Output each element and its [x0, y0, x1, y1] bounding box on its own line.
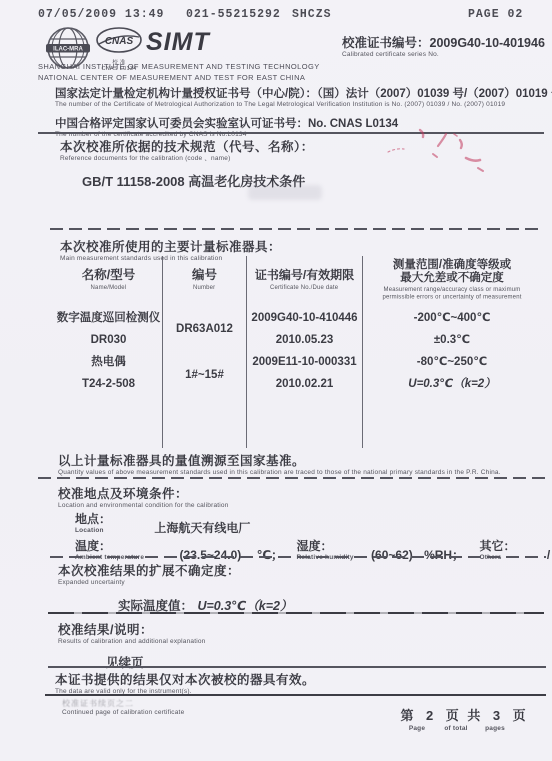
certificate-number-label-en: Calibrated certificate series No. [342, 51, 545, 59]
temperature-label: 温度： Ambient temperature [75, 537, 144, 562]
fax-scan-certificate-page: 07/05/2009 13:49 021-55215292 SHCZS PAGE… [0, 0, 552, 761]
institute-line1: SHANGHAI INSTITUTE OF MEASUREMENT AND TE… [38, 61, 320, 72]
standards-table: 名称/型号 Name/Model 数字温度巡回检测仪 DR030 热电偶 T24… [55, 256, 541, 448]
page-number: 2 [420, 708, 440, 723]
divider-validity-bottom [45, 694, 546, 696]
uncertainty-value: U=0.3℃（k=2） [197, 599, 292, 613]
table-cell: -200℃~400℃ [363, 307, 541, 329]
environment-title-en: Location and environmental condition for… [58, 502, 229, 510]
temperature-unit: ℃； [257, 548, 284, 562]
results-section: 校准结果/说明： Results of calibration and addi… [58, 620, 205, 671]
certificate-number-block: 校准证书编号：2009G40-10-401946 Calibrated cert… [342, 33, 545, 59]
uncertainty-title-en: Expanded uncertainty [58, 579, 293, 587]
table-cell: 2010.05.23 [247, 329, 362, 351]
column-header: 编号 [192, 268, 217, 283]
table-cell: DR63A012 [163, 318, 246, 340]
uncertainty-value-label: 实际温度值： [118, 599, 193, 613]
temperature-humidity-row: 温度： Ambient temperature (23.5~24.0) ℃； 湿… [75, 537, 550, 563]
reference-title: 本次校准所依据的技术规范（代号、名称）： [60, 137, 314, 155]
column-header: 证书编号/有效期限 [255, 268, 354, 283]
traceability-section: 以上计量标准器具的量值溯源至国家基准。 Quantity values of a… [58, 451, 544, 477]
results-title-en: Results of calibration and additional ex… [58, 638, 205, 646]
scan-smudge [248, 185, 322, 200]
validity-statement: 本证书提供的结果仅对本次被校的器具有效。 [55, 670, 315, 688]
validity-section: 本证书提供的结果仅对本次被校的器具有效。 The data are valid … [55, 670, 315, 696]
reference-title-en: Reference documents for the calibration … [60, 155, 314, 163]
table-cell: 1#~15# [163, 364, 246, 386]
column-header: 测量范围/准确度等级或 [393, 259, 511, 272]
institute-line2: NATIONAL CENTER OF MEASUREMENT AND TEST … [38, 72, 320, 83]
authorization-block: 国家法定计量检定机构计量授权证书号（中心/院）：（国）法计（2007）01039… [55, 85, 545, 145]
page-total: 3 [487, 708, 507, 723]
environment-section-title: 校准地点及环境条件： Location and environmental co… [58, 484, 229, 510]
authorization-line1: 国家法定计量检定机构计量授权证书号（中心/院）：（国）法计（2007）01039… [55, 85, 545, 101]
divider-validity-top [48, 666, 546, 668]
standards-column-certificate: 证书编号/有效期限 Certificate No./Due date 2009G… [247, 256, 363, 448]
divider-dark [48, 612, 544, 614]
table-cell: 热电偶 [55, 351, 162, 373]
standards-column-number: 编号 Number DR63A012 1#~15# [163, 256, 247, 448]
table-cell: ±0.3℃ [363, 329, 541, 351]
table-cell: -80℃~250℃ [363, 351, 541, 373]
fax-page-label: PAGE 02 [468, 8, 523, 21]
location-value: 上海航天有线电厂 [154, 521, 250, 535]
results-title: 校准结果/说明： [58, 620, 205, 638]
fax-header: 07/05/2009 13:49 021-55215292 SHCZS PAGE… [0, 8, 552, 24]
others-label: 其它： Others [479, 537, 515, 562]
location-label: 地点： Location [75, 510, 111, 535]
divider-dashed-3 [50, 556, 546, 558]
simt-brand: SIMT [146, 28, 210, 57]
svg-text:CNAS: CNAS [105, 36, 134, 47]
reference-section: 本次校准所依据的技术规范（代号、名称）： Reference documents… [60, 137, 314, 190]
standards-column-name-model: 名称/型号 Name/Model 数字温度巡回检测仪 DR030 热电偶 T24… [55, 256, 163, 448]
page-number-block: 第 2 页 共 3 页 Page of total pages [398, 705, 528, 733]
humidity-label: 湿度： Relative humidity [296, 537, 353, 562]
fax-datetime: 07/05/2009 13:49 [38, 8, 164, 21]
divider-top [38, 132, 544, 134]
authorization-line1-en: The number of the Certificate of Metrolo… [55, 101, 545, 109]
certificate-number-label: 校准证书编号： [342, 36, 430, 50]
table-cell: 2009G40-10-410446 [247, 307, 362, 329]
table-cell: T24-2-508 [55, 373, 162, 395]
divider-dashed-2 [38, 477, 546, 479]
fax-number: 021-55215292 [186, 8, 281, 21]
column-header: 名称/型号 [82, 268, 135, 283]
footer-continued: 校准证书续页之二 Continued page of calibration c… [62, 698, 184, 717]
table-cell: 数字温度巡回检测仪 [55, 307, 162, 329]
traceability-statement: 以上计量标准器具的量值溯源至国家基准。 [58, 451, 544, 469]
table-cell: 2009E11-10-000331 [247, 351, 362, 373]
divider-dashed-1 [50, 228, 542, 230]
location-row: 地点： Location 上海航天有线电厂 [75, 510, 250, 536]
table-cell: DR030 [55, 329, 162, 351]
fax-station-id: SHCZS [292, 8, 332, 21]
svg-text:ILAC-MRA: ILAC-MRA [53, 47, 83, 53]
humidity-unit: %RH； [424, 548, 464, 562]
cnas-logo-icon: CNAS [96, 27, 142, 53]
standards-column-range: 测量范围/准确度等级或 最大允差或不确定度 Measurement range/… [363, 256, 541, 448]
traceability-statement-en: Quantity values of above measurement sta… [58, 469, 544, 477]
table-cell: 2010.02.21 [247, 373, 362, 395]
table-cell: U=0.3℃（k=2） [363, 373, 541, 395]
humidity-value: (60~62) [371, 548, 413, 562]
standards-title: 本次校准所使用的主要计量标准器具： [60, 237, 281, 255]
footer-continued-zh: 校准证书续页之二 [62, 698, 184, 709]
temperature-value: (23.5~24.0) [180, 548, 242, 562]
column-header: 最大允差或不确定度 [400, 272, 504, 285]
institute-name: SHANGHAI INSTITUTE OF MEASUREMENT AND TE… [38, 61, 320, 83]
page-suffix: 页 [510, 705, 528, 724]
authorization-line2: 中国合格评定国家认可委员会实验室认可证书号：No. CNAS L0134 [55, 115, 545, 131]
environment-title: 校准地点及环境条件： [58, 484, 229, 502]
page-prefix: 第 [398, 705, 416, 724]
others-value: / [547, 548, 550, 562]
results-value: 见续页 [106, 653, 205, 671]
uncertainty-title: 本次校准结果的扩展不确定度： [58, 561, 293, 579]
certificate-number-value: 2009G40-10-401946 [430, 36, 545, 50]
footer-continued-en: Continued page of calibration certificat… [62, 709, 184, 717]
uncertainty-section: 本次校准结果的扩展不确定度： Expanded uncertainty 实际温度… [58, 561, 293, 615]
